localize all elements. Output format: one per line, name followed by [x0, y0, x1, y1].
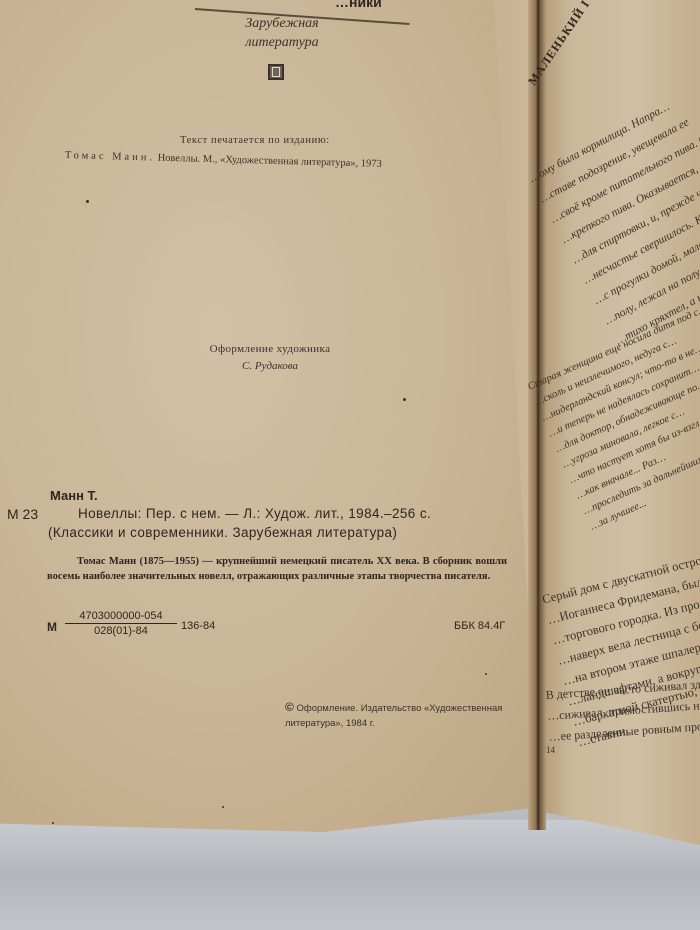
copyright-notice: © Оформление. Издательство «Художественн… — [285, 700, 530, 731]
table-surface — [0, 820, 700, 930]
annotation-text: Томас Манн (1875—1955) — крупнейший неме… — [47, 554, 507, 584]
source-label: Текст печатается по изданию: — [180, 135, 330, 146]
catalog-series-line: (Классики и современники. Зарубежная лит… — [48, 525, 397, 540]
page-number: 14 — [546, 745, 555, 755]
design-label: Оформление художника — [160, 343, 380, 355]
series-subtitle-line1: Зарубежная — [232, 14, 332, 33]
paper-speck — [52, 822, 54, 824]
catalog-author: Манн Т. — [50, 488, 98, 503]
isbn-suffix: 136-84 — [181, 620, 215, 632]
isbn-block: М 4703000000-054 028(01)-84 136-84 ББК 8… — [47, 610, 517, 644]
paper-speck — [403, 398, 406, 401]
catalog-code: М 23 — [7, 506, 38, 522]
bbk-code: ББК 84.4Г — [454, 620, 505, 632]
paper-speck — [86, 200, 89, 203]
catalog-title-line: Новеллы: Пер. с нем. — Л.: Худож. лит., … — [78, 506, 431, 521]
paper-speck — [222, 806, 224, 808]
catalog-annotation: Томас Манн (1875—1955) — крупнейший неме… — [47, 554, 507, 584]
copyright-icon: © — [285, 700, 294, 714]
copyright-line2: литература», 1984 г. — [285, 718, 375, 729]
isbn-letter: М — [47, 620, 57, 634]
series-header: …ники — [335, 0, 382, 10]
series-subtitle-line2: литература — [232, 33, 332, 52]
paper-speck — [485, 673, 487, 675]
book-emblem-icon — [268, 64, 284, 80]
isbn-fraction: 4703000000-054 028(01)-84 — [65, 610, 177, 637]
series-subtitle: Зарубежная литература — [232, 14, 332, 52]
copyright-line1: Оформление. Издательство «Художественная — [296, 703, 502, 714]
story-paragraph-4: В детстве он часто сиживал здесь у… …сиж… — [545, 672, 700, 748]
isbn-numerator: 4703000000-054 — [65, 610, 177, 624]
design-artist: С. Рудакова — [160, 360, 380, 372]
isbn-denominator: 028(01)-84 — [65, 624, 177, 637]
